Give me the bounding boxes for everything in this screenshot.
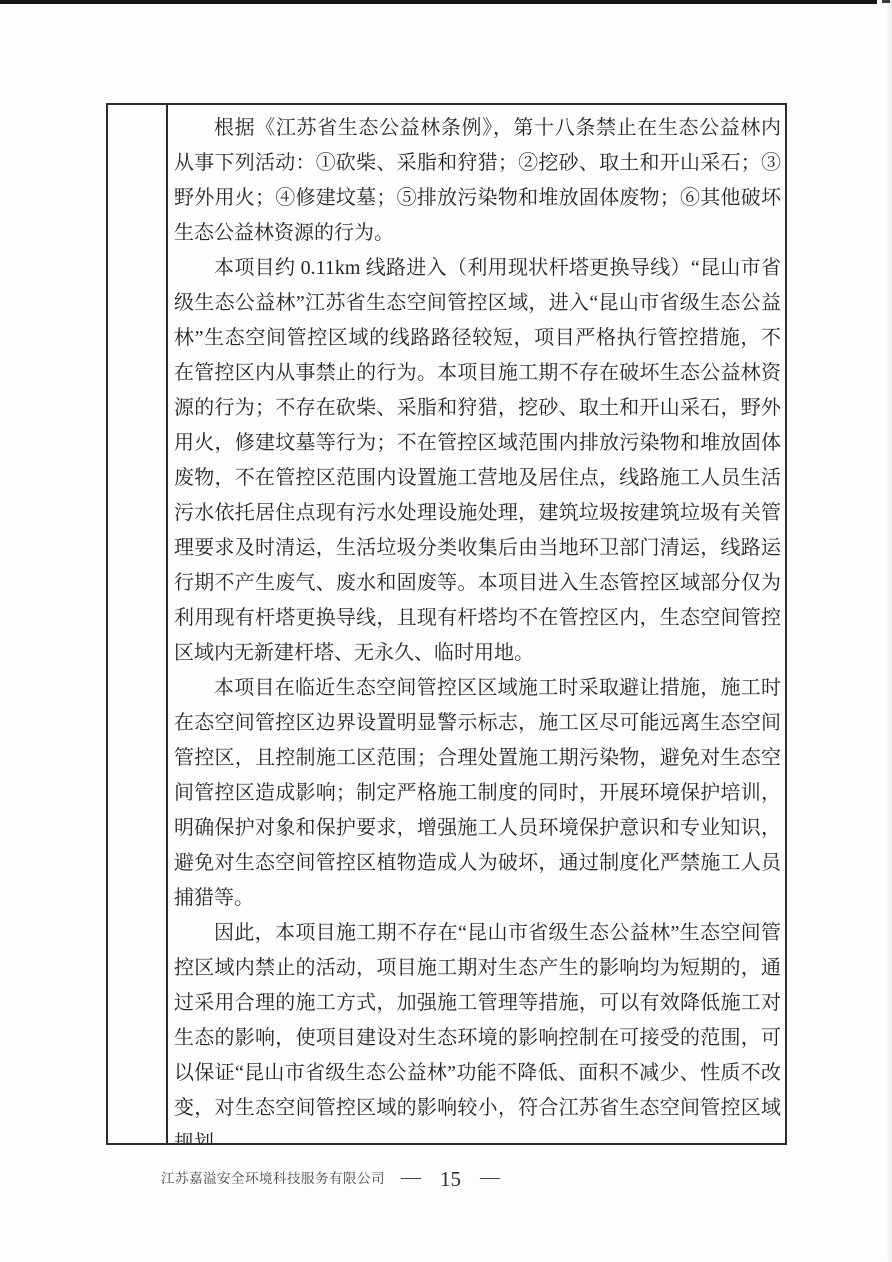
page-number-group: — 15 —	[401, 1160, 500, 1194]
page-number-dash-right: —	[480, 1162, 500, 1192]
table-left-cell	[108, 105, 168, 1143]
paragraph-regulation-list: 根据《江苏省生态公益林条例》，第十八条禁止在生态公益林内从事下列活动：①砍柴、采…	[174, 111, 781, 251]
page-number: 15	[440, 1164, 461, 1194]
paragraph-mitigation-measures: 本项目在临近生态空间管控区区域施工时采取避让措施，施工时在态空间管控区边界设置明…	[174, 671, 781, 916]
page-right-edge-shade	[886, 0, 892, 1262]
paragraph-project-route-impact: 本项目约 0.11km 线路进入（利用现状杆塔更换导线）“昆山市省级生态公益林”…	[174, 251, 781, 671]
page-top-edge-line	[0, 0, 877, 4]
table-body-cell: 根据《江苏省生态公益林条例》，第十八条禁止在生态公益林内从事下列活动：①砍柴、采…	[168, 105, 785, 1143]
page-number-dash-left: —	[401, 1162, 421, 1192]
content-table: 根据《江苏省生态公益林条例》，第十八条禁止在生态公益林内从事下列活动：①砍柴、采…	[106, 103, 787, 1145]
paragraph-conclusion: 因此，本项目施工期不存在“昆山市省级生态公益林”生态空间管控区域内禁止的活动，项…	[174, 916, 781, 1143]
footer-company-name: 江苏嘉溢安全环境科技服务有限公司	[161, 1167, 385, 1187]
